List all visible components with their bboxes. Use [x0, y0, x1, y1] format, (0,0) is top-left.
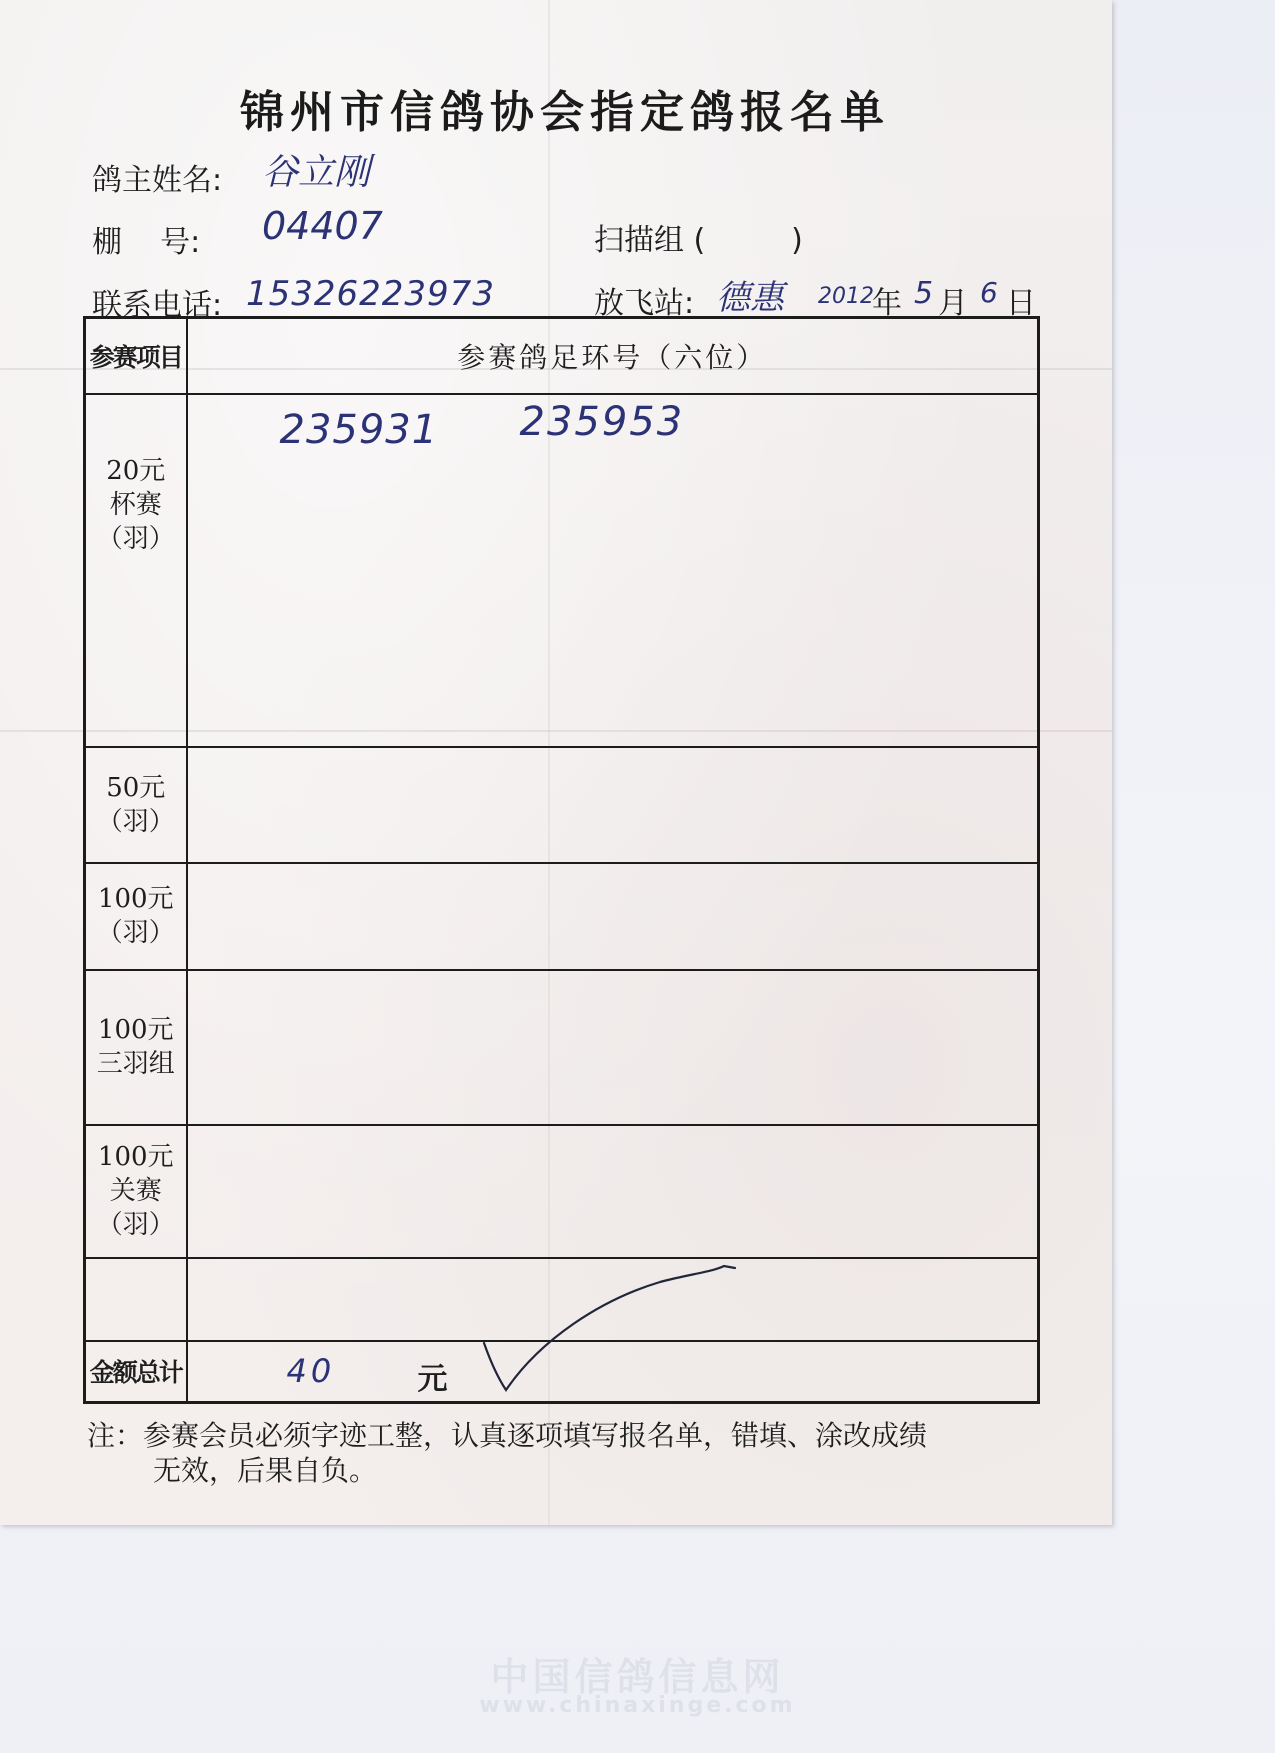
ring-number-cell[interactable]	[187, 863, 1039, 970]
total-row: 金额总计 40 元	[85, 1341, 1039, 1403]
total-amount-label: 金额总计	[85, 1341, 187, 1403]
total-amount-cell[interactable]: 40 元	[187, 1341, 1039, 1403]
release-station-value[interactable]: 德惠	[716, 270, 784, 319]
entry-item-line: （羽）	[86, 522, 186, 556]
table-row: 100元 三羽组	[85, 970, 1039, 1125]
entry-item-line: 关赛	[86, 1174, 186, 1208]
entry-item-line: 50元	[86, 771, 186, 805]
phone-value[interactable]: 15326223973	[246, 274, 495, 314]
table-row: 100元 关赛 （羽）	[85, 1125, 1039, 1258]
table-row: 20元 杯赛 （羽） 235931 235953	[85, 394, 1039, 747]
total-amount-unit: 元	[418, 1354, 448, 1398]
ring-number-cell[interactable]: 235931 235953	[187, 394, 1039, 747]
entry-item-line: 100元	[86, 882, 186, 916]
entry-item-line: 杯赛	[86, 488, 186, 522]
date-day-value[interactable]: 6	[980, 276, 998, 309]
form-note: 注：参赛会员必须字迹工整，认真逐项填写报名单，错填、涂改成绩 无效，后果自负。	[87, 1418, 1087, 1488]
ring-number-cell[interactable]	[187, 1125, 1039, 1258]
entry-item-line: （羽）	[86, 1208, 186, 1242]
header-ring-number: 参赛鸽足环号（六位）	[187, 318, 1039, 394]
note-line-1: 注：参赛会员必须字迹工整，认真逐项填写报名单，错填、涂改成绩	[87, 1419, 927, 1452]
entry-item-line: 100元	[86, 1013, 186, 1047]
entry-item-blank	[85, 1258, 187, 1341]
ring-number-cell[interactable]	[187, 747, 1039, 863]
entry-item-100: 100元 （羽）	[85, 863, 187, 970]
entry-item-line: （羽）	[86, 916, 186, 950]
entry-item-100-final: 100元 关赛 （羽）	[85, 1125, 187, 1258]
table-row: 100元 （羽）	[85, 863, 1039, 970]
total-amount-value: 40	[287, 1352, 336, 1390]
ring-number-cell[interactable]	[187, 1258, 1039, 1341]
table-header-row: 参赛项目 参赛鸽足环号（六位）	[85, 318, 1039, 394]
table-row: 50元 （羽）	[85, 747, 1039, 863]
note-line-2: 无效，后果自负。	[87, 1453, 1087, 1488]
entry-item-line: 20元	[86, 454, 186, 488]
owner-name-value[interactable]: 谷立刚	[262, 144, 370, 195]
ring-number: 235953	[520, 399, 685, 445]
scan-group-label: 扫描组 ( )	[594, 215, 803, 259]
date-month-value[interactable]: 5	[914, 276, 933, 311]
entry-item-line: 三羽组	[86, 1047, 186, 1081]
ring-number-cell[interactable]	[187, 970, 1039, 1125]
entry-item-100-three-bird-group: 100元 三羽组	[85, 970, 187, 1125]
entry-item-line: （羽）	[86, 805, 186, 839]
loft-number-label: 棚 号:	[92, 217, 200, 261]
ring-number: 235931	[280, 407, 439, 453]
form-title: 锦州市信鸽协会指定鸽报名单	[0, 76, 1130, 140]
date-year-value[interactable]: 2012	[818, 284, 874, 309]
entry-item-line: 100元	[86, 1140, 186, 1174]
table-row	[85, 1258, 1039, 1341]
owner-name-label: 鸽主姓名:	[92, 155, 222, 199]
entry-item-20-cup: 20元 杯赛 （羽）	[85, 394, 187, 747]
site-watermark-url: www.chinaxinge.com	[0, 1693, 1275, 1718]
entry-item-50: 50元 （羽）	[85, 747, 187, 863]
loft-number-value[interactable]: 04407	[262, 204, 383, 248]
header-entry-item: 参赛项目	[85, 318, 187, 394]
entry-table: 参赛项目 参赛鸽足环号（六位） 20元 杯赛 （羽） 235931 235953…	[83, 316, 1040, 1404]
